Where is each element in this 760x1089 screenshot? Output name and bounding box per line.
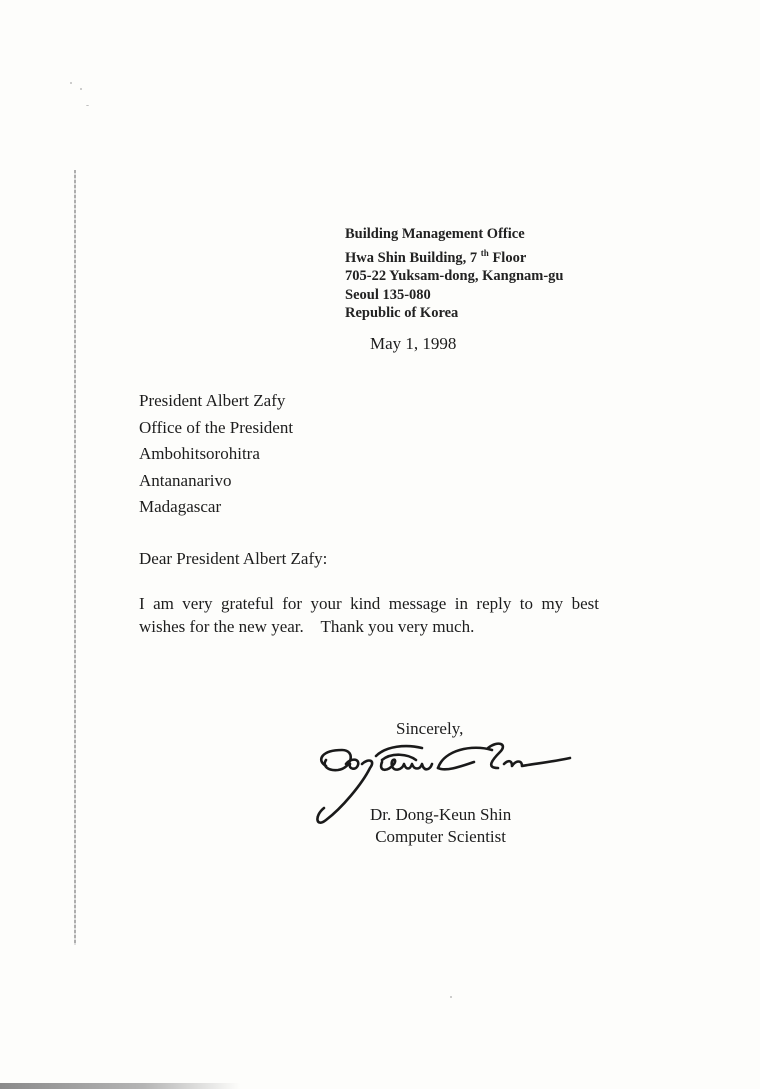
recipient-line: Antananarivo (139, 468, 293, 495)
scanned-letter-page: Building Management Office Hwa Shin Buil… (0, 0, 760, 1089)
letter-body: I am very grateful for your kind message… (139, 592, 599, 638)
signer-name: Dr. Dong-Keun Shin (370, 804, 511, 826)
sender-line: Building Management Office (345, 225, 564, 244)
signer-title: Computer Scientist (370, 826, 511, 848)
scan-speck (86, 105, 89, 106)
recipient-line: Ambohitsorohitra (139, 441, 293, 468)
recipient-line: Office of the President (139, 415, 293, 442)
closing: Sincerely, (396, 719, 463, 739)
scan-speck (450, 996, 452, 998)
sender-line: 705-22 Yuksam-dong, Kangnam-gu (345, 267, 564, 286)
sender-address: Building Management Office Hwa Shin Buil… (345, 225, 564, 323)
salutation: Dear President Albert Zafy: (139, 549, 327, 569)
scan-edge-shadow (0, 1083, 240, 1089)
page-edge-rule (74, 170, 76, 945)
recipient-address: President Albert Zafy Office of the Pres… (139, 388, 293, 521)
scan-speck (70, 82, 72, 84)
signer-block: Dr. Dong-Keun Shin Computer Scientist (370, 804, 511, 848)
letter-date: May 1, 1998 (370, 334, 456, 354)
scan-speck (80, 88, 82, 90)
recipient-line: President Albert Zafy (139, 388, 293, 415)
recipient-line: Madagascar (139, 494, 293, 521)
sender-line: Republic of Korea (345, 304, 564, 323)
sender-line: Seoul 135-080 (345, 286, 564, 305)
sender-line: Hwa Shin Building, 7 th Floor (345, 244, 564, 268)
